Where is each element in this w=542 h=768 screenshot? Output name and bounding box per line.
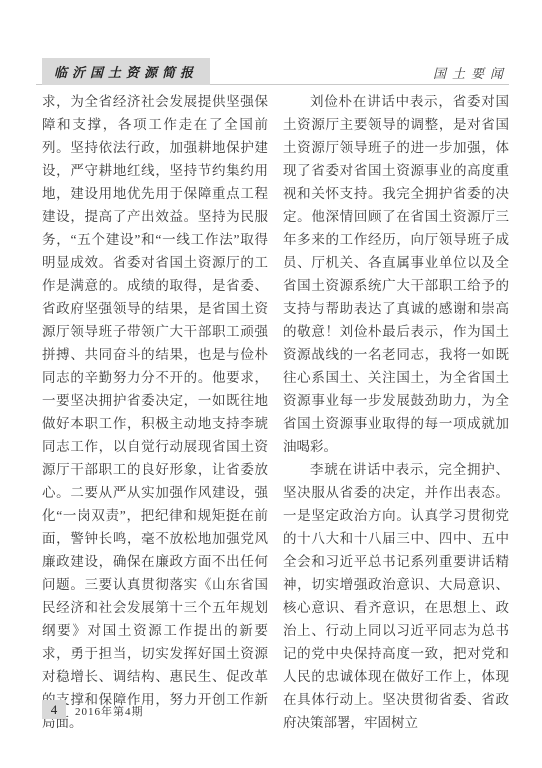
page-body: 求，为全省经济社会发展提供坚强保障和支撑，各项工作走在了全国前列。坚持依法行政，… [42,90,509,734]
section-label: 国土要闻 [433,58,509,82]
page-header: 临沂国土资源简报 国土要闻 [36,58,509,85]
right-column: 刘俭朴在讲话中表示，省委对国土资源厅主要领导的调整，是对省国土资源厅领导班子的进… [283,90,509,734]
left-column-paragraph: 求，为全省经济社会发展提供坚强保障和支撑，各项工作走在了全国前列。坚持依法行政，… [42,90,268,734]
page-number: 4 [42,700,66,719]
right-column-paragraph-2: 李琥在讲话中表示，完全拥护、坚决服从省委的决定，并作出表态。一是坚定政治方向。认… [283,458,509,734]
left-column: 求，为全省经济社会发展提供坚强保障和支撑，各项工作走在了全国前列。坚持依法行政，… [42,90,268,734]
issue-label: 2016年第4期 [75,701,144,719]
masthead-title: 临沂国土资源简报 [42,58,210,85]
right-column-paragraph-1: 刘俭朴在讲话中表示，省委对国土资源厅主要领导的调整，是对省国土资源厅领导班子的进… [283,90,509,458]
magazine-page: 临沂国土资源简报 国土要闻 求，为全省经济社会发展提供坚强保障和支撑，各项工作走… [0,0,542,768]
page-footer: 4 2016年第4期 [42,700,144,719]
